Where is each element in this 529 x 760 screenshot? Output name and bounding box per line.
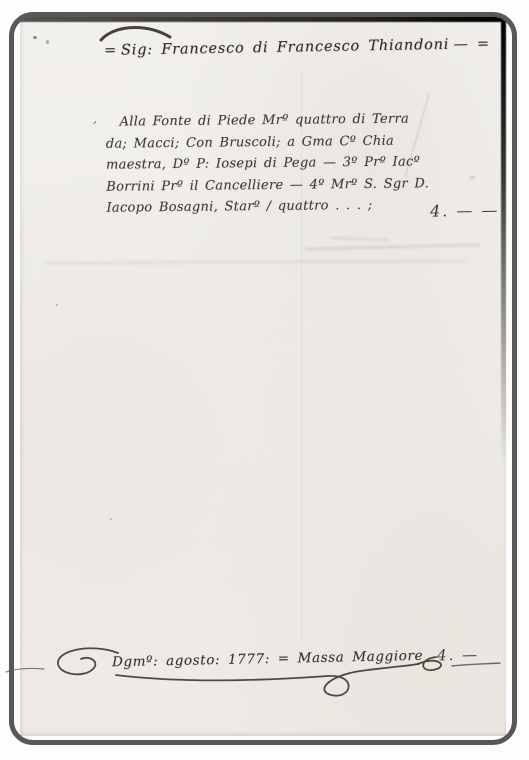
entry-line: maestra, Dº P: Iosepi di Pega — 3º Prº I… [106, 151, 422, 176]
title-suffix-mark: — = [449, 36, 494, 53]
footer-amount: 4. — [437, 646, 479, 665]
entry-line: Iacopo Bosagni, Starº / quattro . . . ; [106, 194, 422, 219]
entry-line: Alla Fonte di Piede Mrº quattro di Terra [105, 108, 421, 133]
entry-line: Borrini Prº il Cancelliere — 4º Mrº S. S… [106, 173, 422, 198]
ink-speck [110, 518, 112, 520]
entry-amount: 4. — — [430, 200, 500, 220]
ink-speck [46, 40, 49, 44]
ink-speck [470, 176, 475, 179]
scanned-document: =Sig: Francesco di Francesco Thiandoni— … [0, 0, 529, 760]
title-prefix-mark: = [100, 43, 121, 59]
ledger-entry: Alla Fonte di Piede Mrº quattro di Terra… [105, 108, 422, 219]
ink-speck [56, 304, 58, 306]
